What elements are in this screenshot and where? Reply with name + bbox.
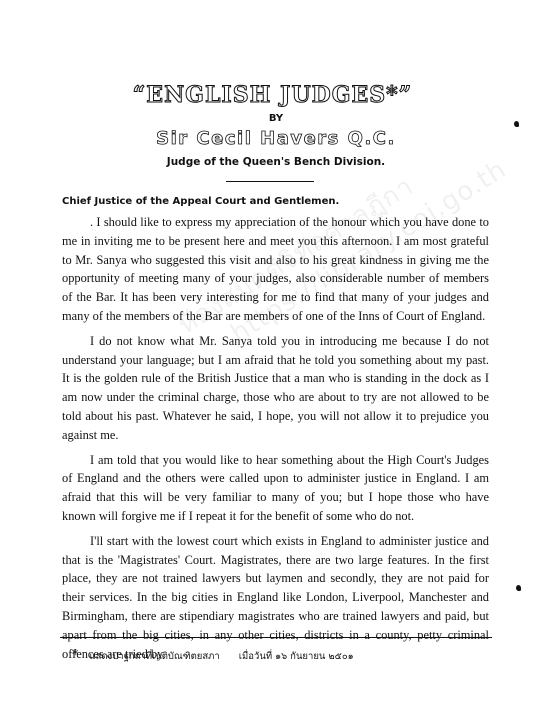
footnote-text: แสดงปาฐกถาที่เนติบัณฑิตยสภา (90, 651, 220, 662)
salutation: Chief Justice of the Appeal Court and Ge… (62, 196, 339, 207)
author-name: Sir Cecil Havers Q.C. (0, 128, 545, 149)
title-divider (226, 181, 314, 182)
document-title: “ENGLISH JUDGES*” (0, 82, 545, 108)
paragraph-3: I am told that you would like to hear so… (62, 451, 489, 526)
paragraph-1: . I should like to express my appreciati… (62, 213, 489, 326)
footnote-divider (60, 637, 492, 638)
paragraph-2: I do not know what Mr. Sanya told you in… (62, 332, 489, 445)
paragraph-4: I'll start with the lowest court which e… (62, 532, 489, 664)
document-page: ห้องสมุดดิจิทัลศาลฎีกา https://library.c… (0, 0, 545, 728)
author-position: Judge of the Queen's Bench Division. (0, 156, 545, 168)
body-text: . I should like to express my appreciati… (62, 213, 489, 663)
by-line: BY (0, 113, 545, 124)
footnote-date: เมื่อวันที่ ๑๖ กันยายน ๒๕๐๑ (239, 651, 354, 662)
footnote: * แสดงปาฐกถาที่เนติบัณฑิตยสภา เมื่อวันที… (72, 648, 354, 664)
scan-speck-mark (514, 121, 519, 127)
scan-speck-mark (516, 585, 521, 591)
footnote-marker-icon: * (72, 648, 79, 663)
